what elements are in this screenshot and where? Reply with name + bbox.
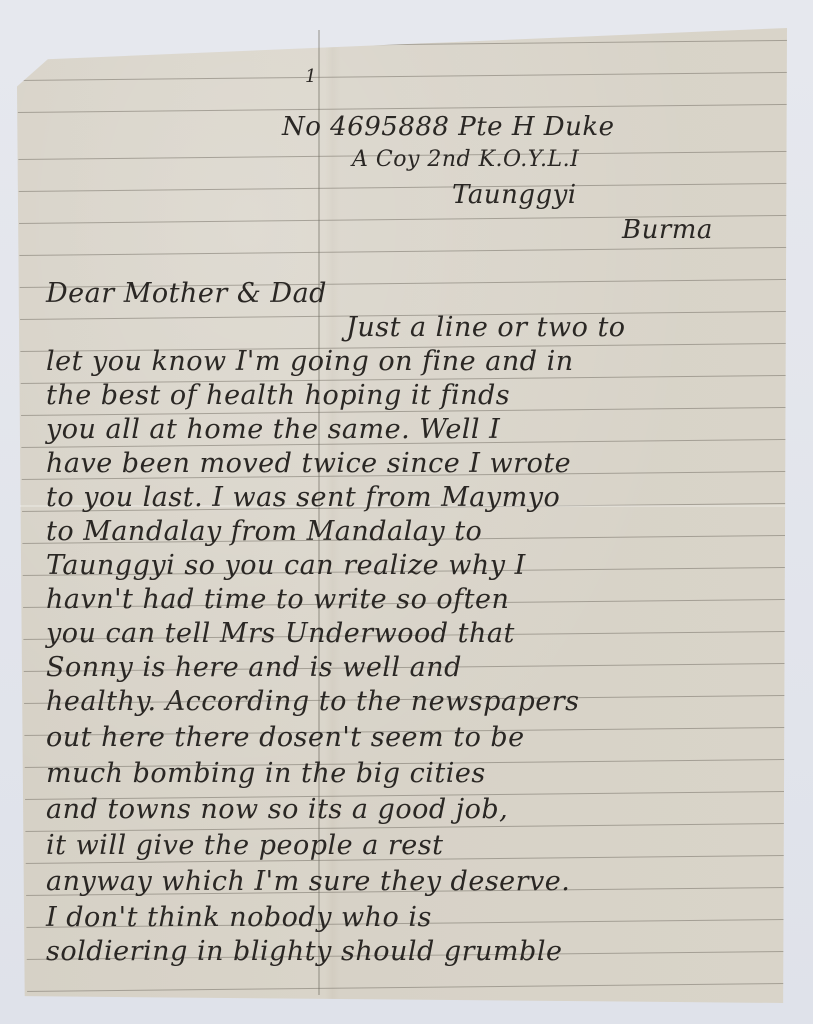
body-line: have been moved twice since I wrote [46, 448, 571, 479]
address-line-country: Burma [622, 215, 713, 245]
address-line-unit: A Coy 2nd K.O.Y.L.I [352, 147, 579, 172]
body-line: let you know I'm going on fine and in [46, 346, 574, 377]
body-line: the best of health hoping it finds [46, 380, 510, 411]
body-line: you all at home the same. Well I [46, 414, 500, 445]
page-number: 1 [305, 66, 316, 87]
body-line: havn't had time to write so often [46, 584, 509, 615]
body-line: I don't think nobody who is [46, 902, 432, 933]
body-line: to you last. I was sent from Maymyo [46, 482, 560, 513]
salutation: Dear Mother & Dad [46, 278, 327, 309]
body-line: healthy. According to the newspapers [46, 686, 579, 717]
body-line: Sonny is here and is well and [46, 652, 462, 683]
body-line: anyway which I'm sure they deserve. [46, 866, 570, 897]
body-line: you can tell Mrs Underwood that [46, 618, 515, 649]
address-line-town: Taunggyi [452, 180, 577, 210]
body-line: Taunggyi so you can realize why I [46, 550, 526, 581]
body-line: and towns now so its a good job, [46, 794, 508, 825]
body-line: soldiering in blighty should grumble [46, 936, 562, 967]
body-line: to Mandalay from Mandalay to [46, 516, 482, 547]
body-line: it will give the people a rest [46, 830, 443, 861]
body-line: out here there dosen't seem to be [46, 722, 525, 753]
body-line: much bombing in the big cities [46, 758, 486, 789]
body-line: Just a line or two to [346, 312, 626, 343]
address-line-service-number: No 4695888 Pte H Duke [282, 112, 615, 142]
